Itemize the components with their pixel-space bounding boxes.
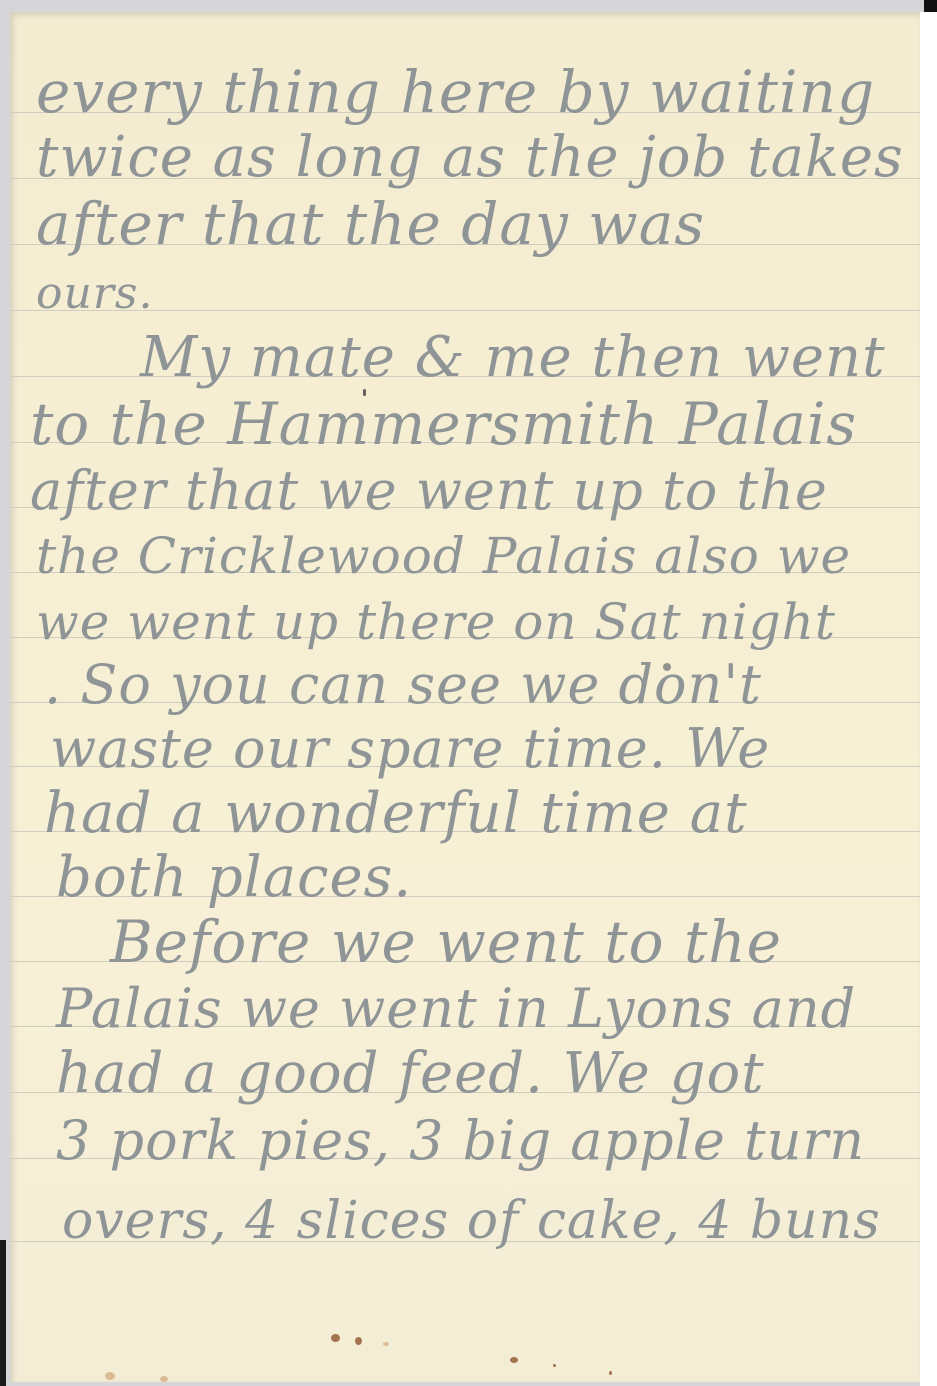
text-line-14: Before we went to the xyxy=(110,913,782,971)
stain-spot xyxy=(355,1337,362,1345)
scan-left-edge xyxy=(0,1240,6,1386)
text-line-12: had a wonderful time at xyxy=(44,786,748,842)
text-line-11: waste our spare time. We xyxy=(50,722,770,776)
text-line-9: we went up there on Sat night xyxy=(36,597,836,647)
text-line-15: Palais we went in Lyons and xyxy=(56,982,856,1036)
text-line-13: both places. xyxy=(56,850,412,906)
stain-spot xyxy=(510,1357,518,1363)
text-line-3: after that the day was xyxy=(36,195,705,253)
stain-spot xyxy=(663,663,671,671)
text-line-16: had a good feed. We got xyxy=(56,1046,765,1102)
stain-spot xyxy=(363,389,366,396)
stain-spot xyxy=(609,1371,612,1375)
text-line-2: twice as long as the job takes xyxy=(36,130,904,186)
text-line-17: 3 pork pies, 3 big apple turn xyxy=(56,1114,865,1168)
stain-spot xyxy=(160,1376,168,1382)
text-line-1: every thing here by waiting xyxy=(36,63,875,121)
text-line-5: My mate & me then went xyxy=(140,330,886,386)
text-line-8: the Cricklewood Palais also we xyxy=(36,531,851,581)
stain-spot xyxy=(553,1364,556,1367)
text-line-18: overs, 4 slices of cake, 4 buns xyxy=(62,1195,881,1247)
stain-spot xyxy=(383,1342,389,1346)
text-line-4: ours. xyxy=(36,272,153,316)
text-line-7: after that we went up to the xyxy=(30,464,828,518)
scan-corner xyxy=(924,0,937,12)
stain-spot xyxy=(331,1334,340,1342)
scan-right-margin xyxy=(920,12,937,1386)
text-line-6: to the Hammersmith Palais xyxy=(30,395,857,453)
stain-spot xyxy=(105,1372,115,1380)
text-line-10: . So you can see we don't xyxy=(44,658,762,712)
